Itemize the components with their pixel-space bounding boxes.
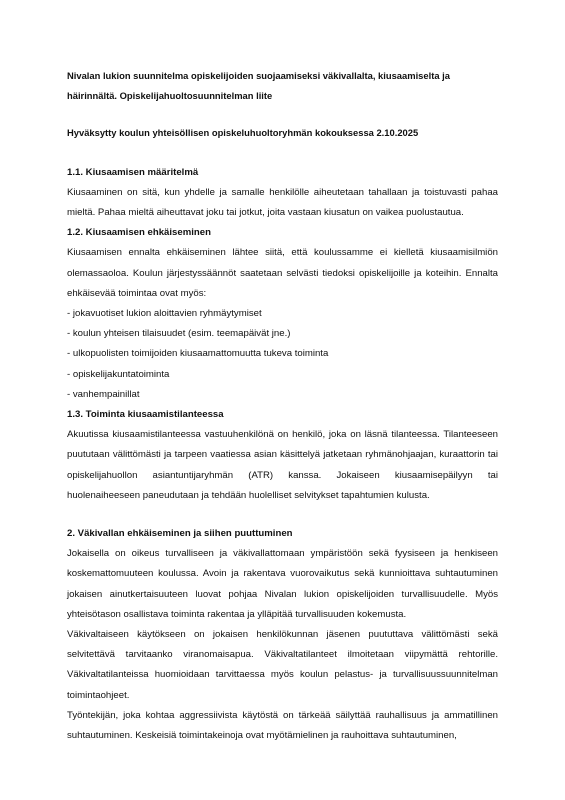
heading-2: 2. Väkivallan ehkäiseminen ja siihen puu… (67, 524, 498, 544)
list-item: - ulkopuolisten toimijoiden kiusaamattom… (67, 344, 498, 364)
list-item: - opiskelijakuntatoiminta (67, 365, 498, 385)
list-item: - jokavuotiset lukion aloittavien ryhmäy… (67, 304, 498, 324)
heading-1-2: 1.2. Kiusaamisen ehkäiseminen (67, 223, 498, 243)
paragraph-2-1: Jokaisella on oikeus turvalliseen ja väk… (67, 544, 498, 625)
paragraph-2-3: Työntekijän, joka kohtaa aggressiivista … (67, 706, 498, 746)
document-title-line-2: häirinnältä. Opiskelijahuoltosuunnitelma… (67, 86, 498, 106)
document-page: Nivalan lukion suunnitelma opiskelijoide… (0, 0, 565, 800)
paragraph-1-1: Kiusaaminen on sitä, kun yhdelle ja sama… (67, 183, 498, 223)
paragraph-2-2: Väkivaltaiseen käytökseen on jokaisen he… (67, 625, 498, 706)
heading-1-3: 1.3. Toiminta kiusaamistilanteessa (67, 405, 498, 425)
list-item: - vanhempainillat (67, 385, 498, 405)
prevention-list: - jokavuotiset lukion aloittavien ryhmäy… (67, 304, 498, 405)
document-content: Nivalan lukion suunnitelma opiskelijoide… (67, 66, 498, 746)
list-item: - koulun yhteisen tilaisuudet (esim. tee… (67, 324, 498, 344)
approval-statement: Hyväksytty koulun yhteisöllisen opiskelu… (67, 123, 498, 143)
heading-1-1: 1.1. Kiusaamisen määritelmä (67, 163, 498, 183)
paragraph-1-3: Akuutissa kiusaamistilanteessa vastuuhen… (67, 425, 498, 506)
paragraph-1-2: Kiusaamisen ennalta ehkäiseminen lähtee … (67, 243, 498, 304)
document-title-line-1: Nivalan lukion suunnitelma opiskelijoide… (67, 66, 498, 86)
